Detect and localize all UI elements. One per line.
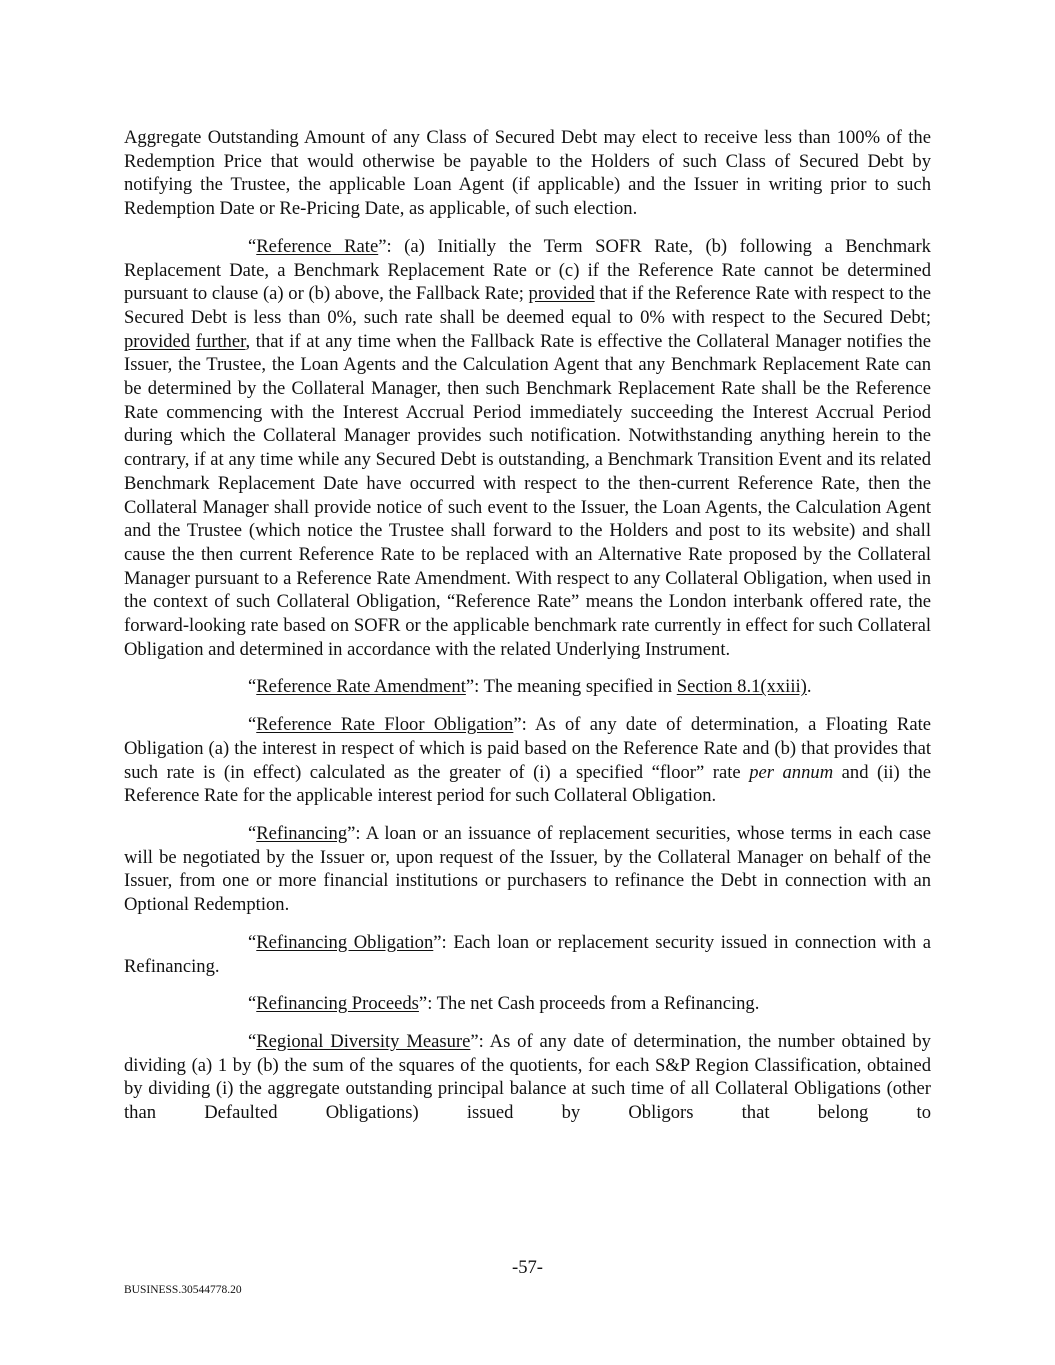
definition-refinancing: “Refinancing”: A loan or an issuance of … [124,822,931,917]
definition-refinancing-proceeds: “Refinancing Proceeds”: The net Cash pro… [124,992,931,1016]
defined-term: Reference Rate Floor Obligation [256,714,513,735]
proviso-term: provided [124,331,190,352]
document-body: Aggregate Outstanding Amount of any Clas… [124,126,931,1139]
definition-reference-rate-amendment: “Reference Rate Amendment”: The meaning … [124,675,931,699]
document-id: BUSINESS.30544778.20 [124,1284,242,1296]
defined-term: Regional Diversity Measure [256,1031,470,1052]
defined-term: Reference Rate Amendment [256,676,466,697]
italic-term: per annum [749,762,833,783]
definition-reference-rate-floor-obligation: “Reference Rate Floor Obligation”: As of… [124,713,931,808]
definition-reference-rate: “Reference Rate”: (a) Initially the Term… [124,235,931,662]
page-number: -57- [0,1257,1055,1279]
section-reference: Section 8.1(xxiii) [677,676,807,697]
paragraph-continuation: Aggregate Outstanding Amount of any Clas… [124,126,931,221]
defined-term: Reference Rate [256,236,378,257]
definition-regional-diversity-measure: “Regional Diversity Measure”: As of any … [124,1030,931,1125]
definition-refinancing-obligation: “Refinancing Obligation”: Each loan or r… [124,931,931,978]
defined-term: Refinancing Proceeds [256,993,419,1014]
proviso-term: further [196,331,246,352]
proviso-term: provided [529,283,595,304]
defined-term: Refinancing Obligation [256,932,433,953]
defined-term: Refinancing [256,823,347,844]
